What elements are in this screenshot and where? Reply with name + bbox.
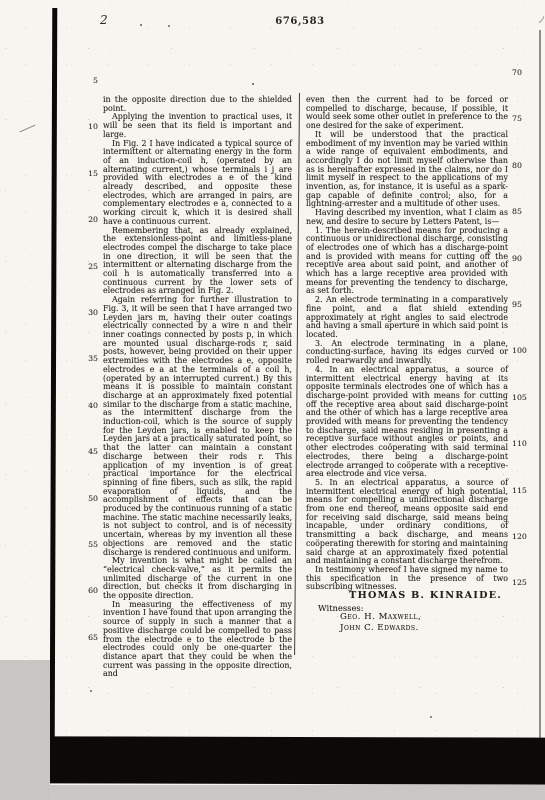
scan-speck	[252, 83, 254, 85]
witness-name: John C. Edwards.	[306, 623, 508, 634]
line-number: 120	[512, 532, 534, 578]
line-number: 50	[76, 494, 98, 540]
line-number: 95	[512, 300, 534, 346]
paragraph: In measuring the effectiveness of my inv…	[103, 601, 292, 679]
line-number: 10	[76, 122, 98, 168]
scan-speck	[168, 25, 170, 27]
scan-bottom-band	[50, 736, 545, 784]
left-line-number-gutter: 5 10 15 20 25 30 35 40 45 50 55 60 65	[76, 76, 98, 679]
line-number: 90	[512, 254, 534, 300]
line-number: 30	[76, 308, 98, 354]
left-text-column: in the opposite direction due to the shi…	[103, 96, 292, 679]
line-number: 40	[76, 401, 98, 447]
scan-edge-shadow	[0, 660, 50, 800]
line-number: 80	[512, 161, 534, 207]
line-number: 45	[76, 447, 98, 493]
page-edge-line	[539, 30, 541, 738]
paragraph: Applying the invention to practical uses…	[103, 113, 292, 139]
paragraph: My invention is what might be called an …	[103, 557, 292, 601]
line-number: 35	[76, 354, 98, 400]
scanned-patent-page: 2 676,583 5 10 15 20 25 30 35 40 45 50 5…	[0, 0, 545, 800]
line-number: 60	[76, 586, 98, 632]
line-number: 115	[512, 486, 534, 532]
line-number: 70	[512, 68, 534, 114]
page-number: 2	[100, 13, 108, 27]
line-number: 15	[76, 169, 98, 215]
claim-5: 5. In an electrical apparatus, a source …	[306, 479, 508, 566]
line-number: 105	[512, 393, 534, 439]
line-number: 20	[76, 215, 98, 261]
witness-name: Geo. H. Maxwell,	[306, 612, 508, 623]
claim-4: 4. In an electrical apparatus, a source …	[306, 366, 508, 479]
binding-edge-bar	[50, 8, 58, 738]
scan-speck	[140, 24, 142, 26]
column-divider-rule	[294, 93, 300, 655]
claim-2: 2. An electrode terminating in a compara…	[306, 296, 508, 340]
line-number: 5	[76, 76, 98, 122]
paragraph: It will be understood that the practical…	[306, 131, 508, 209]
patent-number: 676,583	[240, 16, 360, 27]
paragraph: Again referring for further illustration…	[103, 296, 292, 557]
line-number: 25	[76, 262, 98, 308]
paragraph: Remembering that, as already explained, …	[103, 227, 292, 297]
claim-3: 3. An electrode terminating in a plane, …	[306, 340, 508, 366]
claim-1: 1. The herein-described means for produc…	[306, 227, 508, 297]
paragraph: even then the current had to be forced o…	[306, 96, 508, 131]
paragraph: In Fig. 2 I have indicated a typical sou…	[103, 140, 292, 227]
scan-speck	[430, 716, 432, 718]
inventor-signature: THOMAS B. KINRAIDE.	[306, 592, 508, 601]
line-number: 55	[76, 540, 98, 586]
line-number: 85	[512, 207, 534, 253]
scan-scratch-mark	[20, 125, 36, 133]
paragraph: Having described my invention, what I cl…	[306, 209, 508, 226]
line-number: 65	[76, 633, 98, 679]
line-number: 75	[512, 114, 534, 160]
line-number: 100	[512, 346, 534, 392]
paper-sheet: 2 676,583 5 10 15 20 25 30 35 40 45 50 5…	[0, 0, 545, 785]
right-line-number-gutter: 70 75 80 85 90 95 100 105 110 115 120 12…	[512, 68, 534, 625]
scan-speck	[90, 690, 92, 692]
paragraph: In testimony whereof I have signed my na…	[306, 566, 508, 592]
paragraph: in the opposite direction due to the shi…	[103, 96, 292, 113]
scan-scratch-mark	[529, 12, 545, 26]
line-number: 110	[512, 439, 534, 485]
right-text-column: even then the current had to be forced o…	[306, 96, 508, 633]
line-number: 125	[512, 578, 534, 624]
